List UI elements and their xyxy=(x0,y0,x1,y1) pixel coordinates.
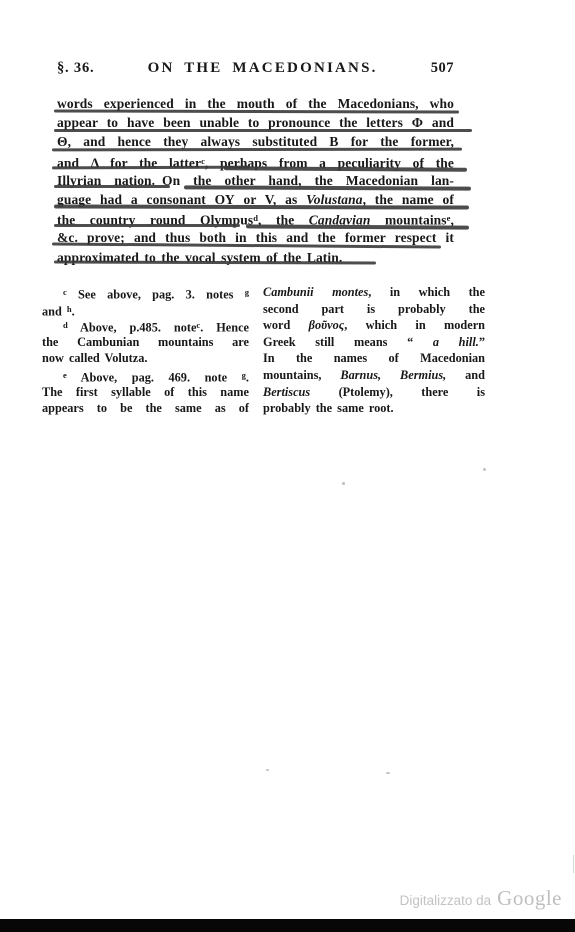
text-segment: . Hence xyxy=(200,321,249,335)
text-segment: Above, p.485. note xyxy=(68,321,197,335)
page-number: 507 xyxy=(431,60,454,77)
text-segment: Above, pag. 469. note xyxy=(67,370,242,384)
text-segment: Greek still means “ xyxy=(263,335,433,349)
text-segment-italic: Barnus, Bermius, xyxy=(340,368,446,382)
text-segment: and xyxy=(42,304,67,318)
text-segment: , in which the xyxy=(368,285,485,299)
footnote-line: the Cambunian mountains are xyxy=(42,334,249,351)
scan-bottom-bar xyxy=(0,919,575,932)
footnotes-right-column: Cambunii montes, in which the second par… xyxy=(263,284,485,417)
footnote-line: Cambunii montes, in which the xyxy=(263,284,485,301)
text-segment: now called Volutza. xyxy=(42,351,147,365)
scan-speck xyxy=(386,772,390,774)
paragraph-line: words experienced in the mouth of the Ma… xyxy=(57,94,454,113)
scan-speck xyxy=(483,468,486,471)
text-segment: mountains, xyxy=(263,368,340,382)
text-segment: appears to be the same as of xyxy=(42,401,249,415)
footnote-line: Bertiscus (Ptolemy), there is xyxy=(263,384,485,401)
digitization-watermark: Digitalizzato da Google xyxy=(400,886,562,911)
paragraph-line: approximated to the vocal system of the … xyxy=(57,248,454,267)
footnote-line: probably the same root. xyxy=(263,400,485,417)
scan-speck xyxy=(266,769,269,771)
paragraph-line: guage had a consonant ΟΥ or V, as Volust… xyxy=(57,190,454,209)
paragraph-line: &c. prove; and thus both in this and the… xyxy=(57,228,454,247)
footnotes-left-column: c See above, pag. 3. notes g and h. d Ab… xyxy=(42,284,249,417)
footnote-line: mountains, Barnus, Bermius, and xyxy=(263,367,485,384)
text-segment: and xyxy=(446,368,485,382)
text-segment: (Ptolemy), there is xyxy=(310,385,485,399)
footnote-line: e Above, pag. 469. note g. xyxy=(42,367,249,384)
main-paragraph: words experienced in the mouth of the Ma… xyxy=(57,94,454,267)
scanned-book-page: §. 36. ON THE MACEDONIANS. 507 words exp… xyxy=(0,0,575,932)
footnote-line: In the names of Macedonian xyxy=(263,350,485,367)
footnote-line: and h. xyxy=(42,301,249,318)
paragraph-line: Θ, and hence they always substituted B f… xyxy=(57,132,454,151)
text-segment: . xyxy=(246,370,249,384)
text-segment: word xyxy=(263,318,309,332)
section-number: §. 36. xyxy=(57,60,94,77)
text-segment: the Cambunian mountains are xyxy=(42,335,249,349)
text-segment: second part is probably the xyxy=(263,302,485,316)
underline-annotation xyxy=(54,109,459,113)
paragraph-line: the country round Olympusd, the Candavia… xyxy=(57,209,454,228)
text-segment: , which in modern xyxy=(344,318,485,332)
text-segment-italic: Bertiscus xyxy=(263,385,310,399)
footnote-line: c See above, pag. 3. notes g xyxy=(42,284,249,301)
greek-word: βοῦνος xyxy=(309,318,345,332)
text-segment: probably the same root. xyxy=(263,401,394,415)
text-segment-italic: Cambunii montes xyxy=(263,285,368,299)
footnote-ref-g: g xyxy=(245,287,249,297)
watermark-text: Digitalizzato da xyxy=(400,893,492,908)
text-segment: appear to have been unable to pronounce … xyxy=(57,115,454,130)
page-header: §. 36. ON THE MACEDONIANS. 507 xyxy=(57,60,454,77)
text-segment: ” xyxy=(479,335,485,349)
footnote-line: Greek still means “ a hill.” xyxy=(263,334,485,351)
text-segment: See above, pag. 3. notes xyxy=(67,288,245,302)
text-segment: The first syllable of this name xyxy=(42,385,249,399)
text-segment-italic: a hill. xyxy=(433,335,479,349)
text-segment: In the names of Macedonian xyxy=(263,351,485,365)
footnote-line: appears to be the same as of xyxy=(42,400,249,417)
footnote-line: second part is probably the xyxy=(263,301,485,318)
paragraph-line: and Δ for the latterc, perhaps from a pe… xyxy=(57,152,454,171)
paragraph-line: Illyrian nation. On the other hand, the … xyxy=(57,171,454,190)
scan-edge-artifact xyxy=(573,855,575,873)
footnote-line: The first syllable of this name xyxy=(42,384,249,401)
footnote-line: word βοῦνος, which in modern xyxy=(263,317,485,334)
footnote-line: d Above, p.485. notec. Hence xyxy=(42,317,249,334)
google-logo: Google xyxy=(497,886,562,911)
footnote-line: now called Volutza. xyxy=(42,350,249,367)
text-segment: . xyxy=(72,304,75,318)
running-title: ON THE MACEDONIANS. xyxy=(148,60,378,77)
underline-annotation xyxy=(54,185,170,188)
paragraph-line: appear to have been unable to pronounce … xyxy=(57,113,454,132)
underline-annotation xyxy=(54,224,240,227)
scan-speck xyxy=(342,482,345,485)
underline-annotation xyxy=(52,147,462,151)
